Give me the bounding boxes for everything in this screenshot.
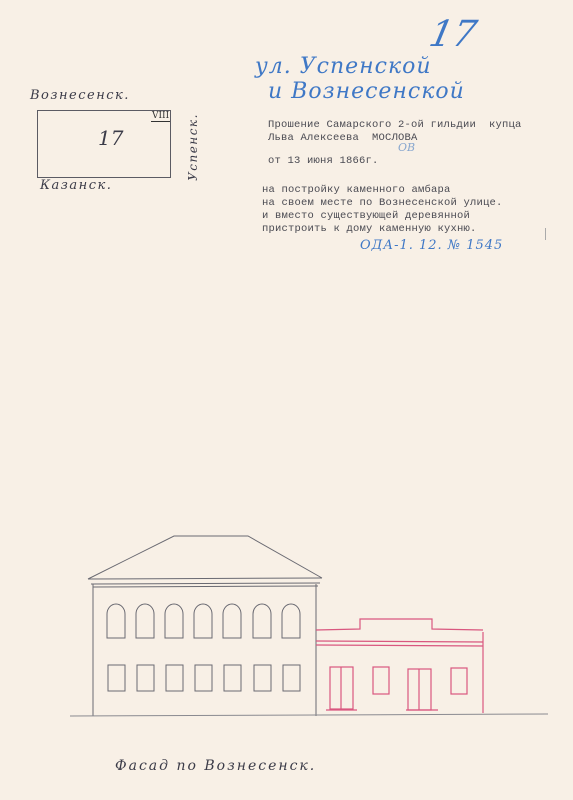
ground-line — [70, 714, 548, 716]
ground-floor-window — [195, 665, 212, 691]
arched-window — [194, 604, 212, 638]
arched-window — [165, 604, 183, 638]
ground-floor-window — [137, 665, 154, 691]
ground-floor-window — [224, 665, 241, 691]
arched-window — [253, 604, 271, 638]
arched-window — [282, 604, 300, 638]
ground-floor-window — [254, 665, 271, 691]
facade-drawing — [0, 0, 573, 800]
arched-window — [223, 604, 241, 638]
extension-building — [316, 619, 483, 713]
arched-window — [136, 604, 154, 638]
ground-floor-window — [108, 665, 125, 691]
ground-floor-window — [166, 665, 183, 691]
arched-window — [107, 604, 125, 638]
ground-floor-window — [283, 665, 300, 691]
facade-caption: Фасад по Вознесенск. — [115, 758, 316, 774]
main-building — [88, 536, 322, 716]
archival-document-page: 17 ул. Успенской и Вознесенской Вознесен… — [0, 0, 573, 800]
